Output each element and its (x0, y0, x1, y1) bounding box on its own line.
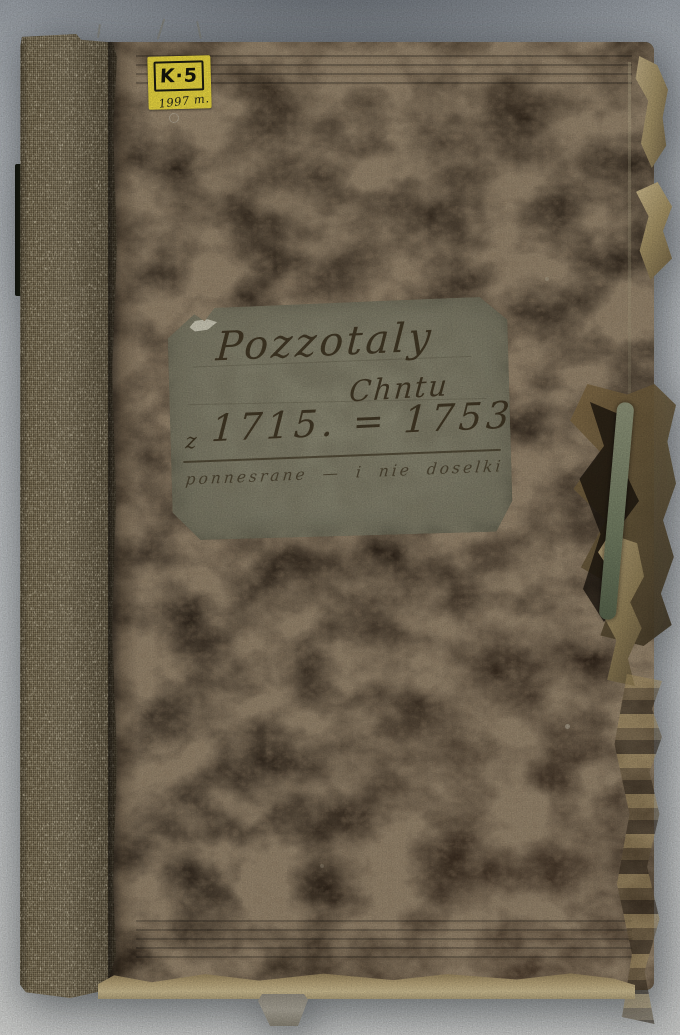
dust-speck (320, 864, 324, 868)
cloth-texture (20, 34, 117, 998)
fastener-dot (169, 113, 179, 123)
spine-hinge-shadow (108, 42, 138, 990)
sticker-code-box: K·5 (153, 60, 204, 91)
label-dates-prefix: z (185, 429, 201, 454)
sticker-code: K·5 (159, 64, 198, 87)
archive-book: K·5 1997 m. Pozzotaly Chntu z1715. = 175… (20, 34, 654, 998)
photo-stage: K·5 1997 m. Pozzotaly Chntu z1715. = 175… (0, 0, 680, 1035)
dust-speck (565, 724, 570, 729)
dust-speck (545, 277, 549, 281)
blind-tooling-lines-bottom (136, 920, 632, 964)
title-label: Pozzotaly Chntu z1715. = 1753. ponnesran… (167, 296, 513, 540)
sticker-year: 1997 m. (152, 90, 216, 111)
linen-spine (20, 34, 117, 998)
inventory-sticker: K·5 1997 m. (147, 55, 211, 110)
